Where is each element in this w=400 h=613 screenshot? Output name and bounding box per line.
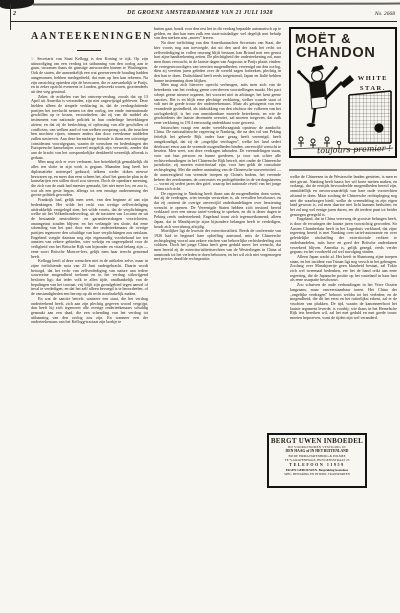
paragraph: Zeker, de artikelen van het ontwerp-verd…	[31, 95, 148, 161]
text-column-left: ☞ Secretaris van Staat Kellogg is den Ko…	[31, 57, 148, 490]
moving-company-ad: BERGT UWEN INBOEDEL BIJ VOORGENOMEN VEST…	[267, 433, 367, 488]
masthead: DE GROENE AMSTERDAMMER VAN 21 JULI 1928	[40, 10, 360, 16]
moet-slogan: toujours premier !	[317, 144, 392, 156]
paragraph: ☞ Secretaris van Staat Kellogg is den Ko…	[31, 57, 148, 95]
moet-brand-line1: MOËT &	[295, 31, 352, 46]
moving-ad-title: BERGT UWEN INBOEDEL	[269, 437, 365, 445]
article-title: AANTEEKENINGEN	[31, 31, 148, 42]
header-rule	[10, 21, 397, 22]
paragraph: Men mag zich er over verbazen, hoe betre…	[31, 160, 148, 198]
newspaper-page: 2 DE GROENE AMSTERDAMMER VAN 21 JULI 192…	[0, 0, 400, 613]
goalkeeper-kick-illustration-icon	[291, 59, 395, 153]
paragraph: Frankrijk had, gelijk men weet, van den …	[31, 198, 148, 259]
moving-ad-line: SPEC. BEWARING EN INTERN. TRANSPORTEN	[269, 472, 365, 476]
page-number: 2	[13, 11, 16, 17]
ad-text-divider-rule	[289, 169, 397, 171]
paragraph: welke de Chineezen in de Westersche land…	[290, 175, 397, 217]
title-divider	[77, 50, 101, 51]
paragraph: Zoo schuiven de oude verhoudingen in het…	[290, 283, 397, 321]
paragraph: Alleen Japan wacht af. Het heeft in Shan…	[290, 255, 397, 283]
paragraph: Kellogg heeft al deze wenschen niet in d…	[31, 259, 148, 297]
text-column-middle: buiten gaat, houdt voor den rest het in …	[154, 27, 281, 490]
paragraph: Intusschen vraagt een ander wereldvraags…	[154, 126, 281, 192]
paragraph: buiten gaat, houdt voor den rest het in …	[154, 27, 281, 41]
scan-artifact-corner	[0, 0, 34, 9]
issue-number: No. 2668	[375, 11, 395, 17]
paragraph: Men mag zich hierover oprecht verheugen,…	[154, 83, 281, 125]
paragraph: En wat de sanctie betreft: wanneer een s…	[31, 297, 148, 325]
paragraph: De regeering te Nanking heeft thans aan …	[154, 192, 281, 230]
scan-artifact-left-edge	[10, 4, 11, 30]
scan-artifact-top-edge	[33, 3, 400, 6]
text-column-right: welke de Chineezen in de Westersche land…	[290, 175, 397, 428]
moet-chandon-ad: MOËT & CHANDON WHITE STAR.	[289, 27, 397, 158]
paragraph: Na deze toelichting van den Amerikaansch…	[154, 41, 281, 83]
paragraph: Engeland, dat in China verreweg de groot…	[290, 217, 397, 255]
paragraph: Moeilijker ligt de kwestie der exterrito…	[154, 229, 281, 262]
